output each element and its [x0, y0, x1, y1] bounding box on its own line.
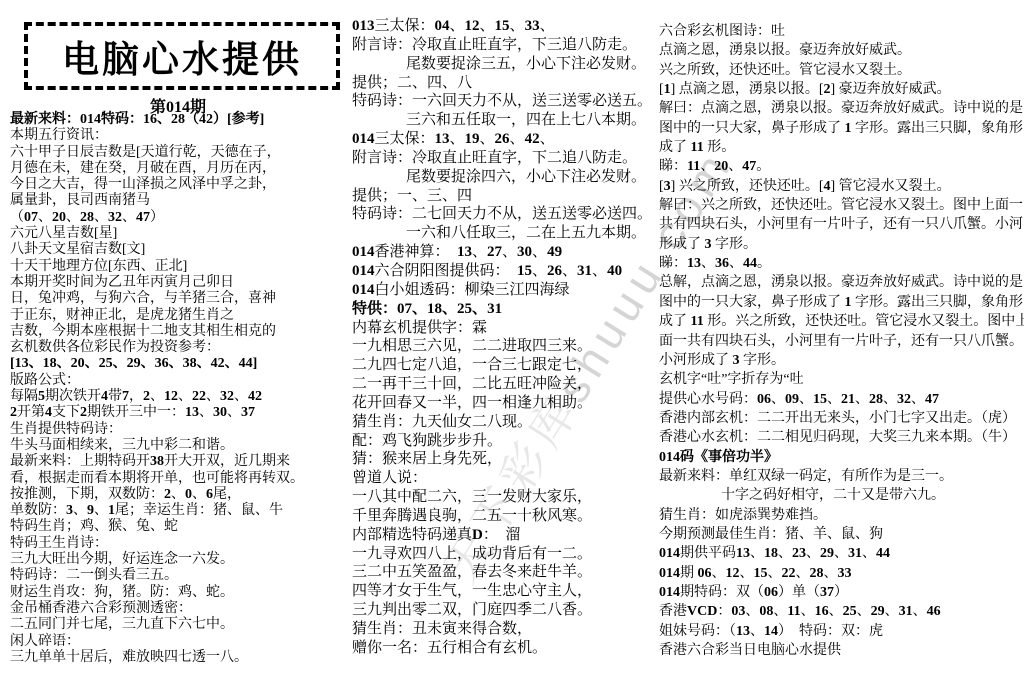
page-title: 电脑心水提供	[62, 29, 302, 83]
text-line: 提供心水号码：06、09、15、21、28、32、47	[659, 390, 1024, 409]
text-line: 日，兔冲鸡，与狗六合，与羊猪三合，喜神	[10, 291, 354, 307]
text-line: 解曰：点滴之恩，湧泉以报。豪迈奔放好威武。诗中说的是	[659, 99, 1024, 118]
text-line: 兴之所致，还快还吐。管它浸水又裂土。	[659, 61, 1024, 80]
text-line: 一六和八任取三，二在上五九本期。	[352, 224, 668, 243]
text-line: 小河形成了 3 字形。	[659, 351, 1024, 370]
text-line: 睇：13、36、44。	[659, 254, 1024, 273]
text-line: 玄机数供各位彩民作为投资参考：	[10, 340, 354, 356]
text-line: 三九单单十居后，难放映四七透一八。	[10, 650, 354, 666]
text-line: 香港六合彩当日电脑心水提供	[659, 641, 1024, 660]
text-line: 于正东，财神正北，是虎龙猪生肖之	[10, 308, 354, 324]
text-line: 十字之码好相守，二十又是带六九。	[659, 486, 1024, 505]
text-line: 姐妹号码：（13、14） 特码：双：虎	[659, 622, 1024, 641]
text-line: 图中的一只大家，鼻子形成了 1 字形。露出三只脚，象角形	[659, 119, 1024, 138]
text-line: 面一共有四块石头，小河里有一片叶子，还有一只八爪蟹。	[659, 332, 1024, 351]
text-line: 特码生肖；鸡、猴、兔、蛇	[10, 519, 354, 535]
text-line: 二五同门并七尾，三九直下六七中。	[10, 617, 354, 633]
text-line: 猜：猴来居上身先死，	[352, 450, 668, 469]
text-line: 十天干地理方位[东西、正北]	[10, 259, 354, 275]
text-line: 配：鸡飞狗跳步步升。	[352, 432, 668, 451]
text-line: 三九大旺出今期，好运连念一六发。	[10, 552, 354, 568]
text-line: 三九判出零二双，门庭四季二八香。	[352, 601, 668, 620]
text-line: [3] 兴之所致，还快还吐。[4] 管它浸水又裂土。	[659, 177, 1024, 196]
text-line: 成了 11 形。兴之所致，还快还吐。管它浸水又裂土。图中上	[659, 312, 1024, 331]
text-line: 一八其中配二六，三一发财大家乐，	[352, 488, 668, 507]
text-line: 今日之大吉，得一山泽损之风泽中孚之卦，	[10, 177, 354, 193]
text-line: 八卦天文星宿吉数[文]	[10, 242, 354, 258]
text-line: 吉数，今期本座根据十二地支其相生相克的	[10, 324, 354, 340]
text-line: 尾数要捉涂三五，小心下注必发财。	[352, 55, 668, 74]
tip-sheet-page: { "page": {"background": "#ffffff", "tex…	[0, 0, 1024, 682]
text-line: 特码王生肖诗：	[10, 536, 354, 552]
text-line: 花开回春又一半，四一相逢九相助。	[352, 394, 668, 413]
text-line: 特码诗：二一倒头看三五。	[10, 568, 354, 584]
text-line: （07、20、28、32、47）	[10, 210, 354, 226]
text-line: 月德在未，建在癸，月破在酉，月历在丙，	[10, 161, 354, 177]
text-line: 香港内部玄机：二二开出无来头，小门七字又出走。（虎）	[659, 409, 1024, 428]
text-line: [1] 点滴之恩，湧泉以报。[2] 豪迈奔放好威武。	[659, 80, 1024, 99]
title-box: 电脑心水提供	[24, 22, 340, 90]
text-line: 提供；一、三、四	[352, 187, 668, 206]
text-line: 最新来料：上期特码开38开大开双，近几期来	[10, 454, 354, 470]
text-line: 014期特码：双（06）单（37）	[659, 583, 1024, 602]
text-line: 点滴之恩，湧泉以报。豪迈奔放好威武。	[659, 41, 1024, 60]
text-line: 最新来料：014特码：16、28（42）[参考]	[10, 112, 354, 128]
text-line: 一九相思三六见，二二进取四三来。	[352, 337, 668, 356]
text-line: 四等才女于生气，一生忠心守主人，	[352, 582, 668, 601]
text-line: 按推测，下期，双数防：2、0、6尾，	[10, 487, 354, 503]
tip-sheet: 天下彩库shuuu.com 电脑心水提供 第014期 最新来料：014特码：16…	[0, 0, 1024, 682]
text-line: 013三太保：04、12、15、33、	[352, 17, 668, 36]
text-line: 六合彩玄机图诗：吐	[659, 22, 1024, 41]
text-line: 图中的一只大家，鼻子形成了 1 字形。露出三只脚，象角形	[659, 293, 1024, 312]
text-line: 014期 06、12、15、22、28、33	[659, 564, 1024, 583]
text-line: 附言诗：冷取直止旺直字，下二追八防走。	[352, 149, 668, 168]
text-line: 千里奔腾遇良驹，二五一十秋风寒。	[352, 507, 668, 526]
text-line: 最新来料：单红双绿一码定，有所作为是三一。	[659, 467, 1024, 486]
text-line: 生肖提供特码诗：	[10, 422, 354, 438]
text-line: 本期开奖时间为乙丑年丙寅月己卯日	[10, 275, 354, 291]
text-line: [13、18、20、25、29、36、38、42、44]	[10, 356, 354, 372]
text-line: 一九寻欢四八上，成功背后有一二。	[352, 545, 668, 564]
text-line: 总解，点滴之恩，湧泉以报。豪迈奔放好威武。诗中说的是	[659, 273, 1024, 292]
text-line: 2开第4支下2期铁开三中一：13、30、37	[10, 405, 354, 421]
text-line: 014码《事倍功半》	[659, 448, 1024, 467]
left-column: 最新来料：014特码：16、28（42）[参考]本期五行资讯：六十甲子日辰吉数是…	[10, 112, 354, 666]
text-line: 014白小姐透码：柳染三江四海绿	[352, 281, 668, 300]
text-line: 猜生肖：丑未寅来得合数，	[352, 620, 668, 639]
text-line: 看，根据走而看本期将开单，也可能将再转双。	[10, 471, 354, 487]
text-line: 今期预测最佳生肖：猪、羊、鼠、狗	[659, 525, 1024, 544]
text-line: 二九四七定八追，一合三七跟定七，	[352, 356, 668, 375]
text-line: 014六合阴阳图提供码： 15、26、31、40	[352, 262, 668, 281]
text-line: 形成了 3 字形。	[659, 235, 1024, 254]
text-line: 附言诗：冷取直止旺直字，下三追八防走。	[352, 36, 668, 55]
text-line: 睇：11、20、47。	[659, 157, 1024, 176]
middle-column: 013三太保：04、12、15、33、附言诗：冷取直止旺直字，下三追八防走。尾数…	[352, 17, 668, 658]
text-line: 014期供平码13、18、23、29、31、44	[659, 544, 1024, 563]
text-line: 版路公式：	[10, 373, 354, 389]
text-line: 成了 11 形。	[659, 138, 1024, 157]
text-line: 三二中五笑盈盈，春去冬来赶牛羊。	[352, 563, 668, 582]
text-line: 香港VCD：03、08、11、16、25、29、31、46	[659, 602, 1024, 621]
text-line: 014香港神算： 13、27、30、49	[352, 243, 668, 262]
text-line: 解曰：兴之所致，还快还吐。管它浸水又裂土。图中上面一	[659, 196, 1024, 215]
text-line: 玄机字“吐”字折存为“吐	[659, 370, 1024, 389]
text-line: 曾道人说：	[352, 469, 668, 488]
text-line: 二一再干三十回，二比五旺冲险关，	[352, 375, 668, 394]
text-line: 属量卦，艮司西南猪马	[10, 193, 354, 209]
text-line: 猜生肖：如虎添巽势难挡。	[659, 506, 1024, 525]
text-line: 尾数要捉涂四六，小心下注必发财。	[352, 168, 668, 187]
text-line: 内部精选特码递真D： 溜	[352, 526, 668, 545]
text-line: 财运生肖攻：狗，猪。防：鸡、蛇。	[10, 585, 354, 601]
text-line: 014三太保：13、19、26、42、	[352, 130, 668, 149]
text-line: 提供；二、四、八	[352, 74, 668, 93]
text-line: 六十甲子日辰吉数是[天道行乾，天德在子，	[10, 145, 354, 161]
text-line: 香港心水玄机：二二相见归码现，大奖三九来本期。（牛）	[659, 428, 1024, 447]
text-line: 内幕玄机提供字：霖	[352, 319, 668, 338]
text-line: 三六和五任取一，四在上七八本期。	[352, 111, 668, 130]
text-line: 共有四块石头，小河里有一片叶子，还有一只八爪蟹。小河	[659, 215, 1024, 234]
text-line: 金吊桶香港六合彩预测透密：	[10, 601, 354, 617]
text-line: 猜生肖：九天仙女二八现。	[352, 413, 668, 432]
text-line: 每隔5期次铁开4带7，2、12、22、32、42	[10, 389, 354, 405]
text-line: 本期五行资讯：	[10, 128, 354, 144]
text-line: 六元八星吉数[星]	[10, 226, 354, 242]
text-line: 特码诗：一六回天力不从，送三送零必送五。	[352, 92, 668, 111]
text-line: 闲人碎语：	[10, 634, 354, 650]
text-line: 特供：07、18、25、31	[352, 300, 668, 319]
text-line: 牛头马面相续来，三九中彩二和谐。	[10, 438, 354, 454]
text-line: 赠你一名：五行相合有玄机。	[352, 639, 668, 658]
right-column: 六合彩玄机图诗：吐点滴之恩，湧泉以报。豪迈奔放好威武。兴之所致，还快还吐。管它浸…	[659, 22, 1024, 660]
text-line: 单数防：3、9、1尾；幸运生肖：猪、鼠、牛	[10, 503, 354, 519]
text-line: 特码诗：二七回天力不从，送五送零必送四。	[352, 205, 668, 224]
